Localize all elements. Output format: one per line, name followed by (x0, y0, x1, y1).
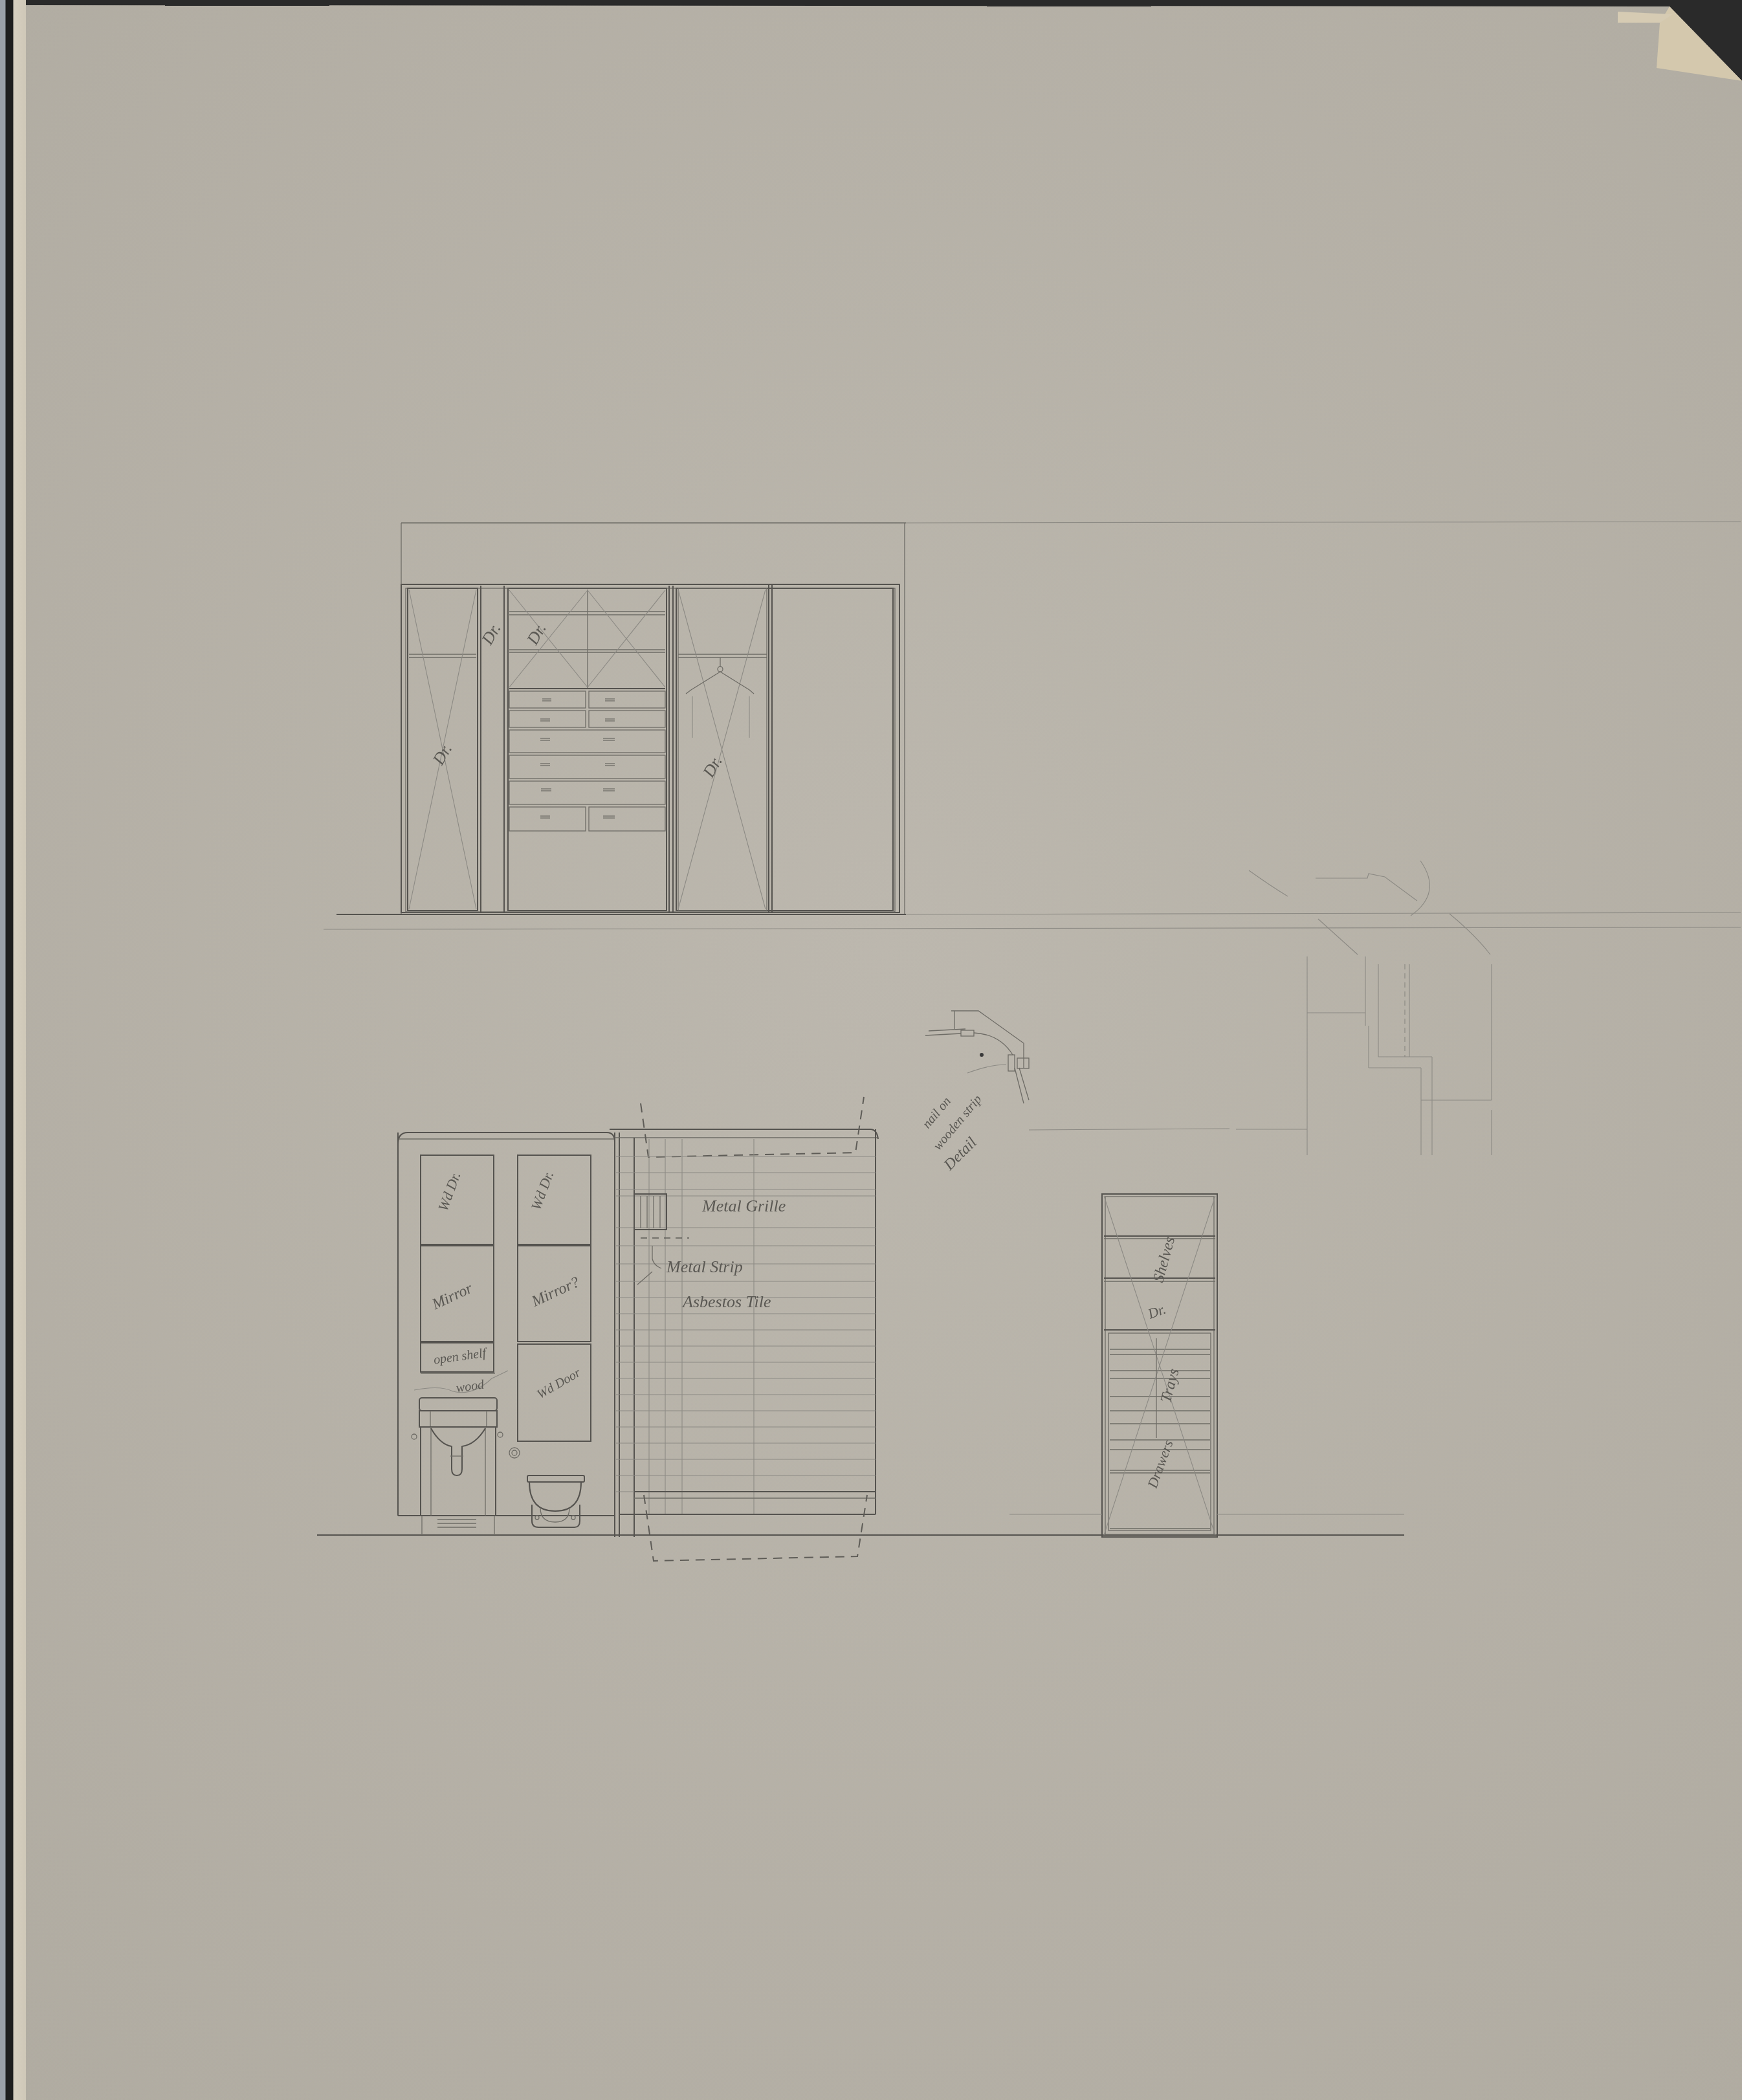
tracing-paper (26, 0, 1742, 2100)
label-metal-strip: Metal Strip (666, 1257, 743, 1276)
drawing-canvas: Dr. Dr. Dr. (0, 0, 1742, 2100)
label-asbestos-tile: Asbestos Tile (681, 1292, 771, 1311)
label-metal-grille: Metal Grille (701, 1197, 786, 1215)
folded-corner (1657, 6, 1742, 81)
drawing-sheet: Dr. Dr. Dr. (0, 0, 1742, 2100)
